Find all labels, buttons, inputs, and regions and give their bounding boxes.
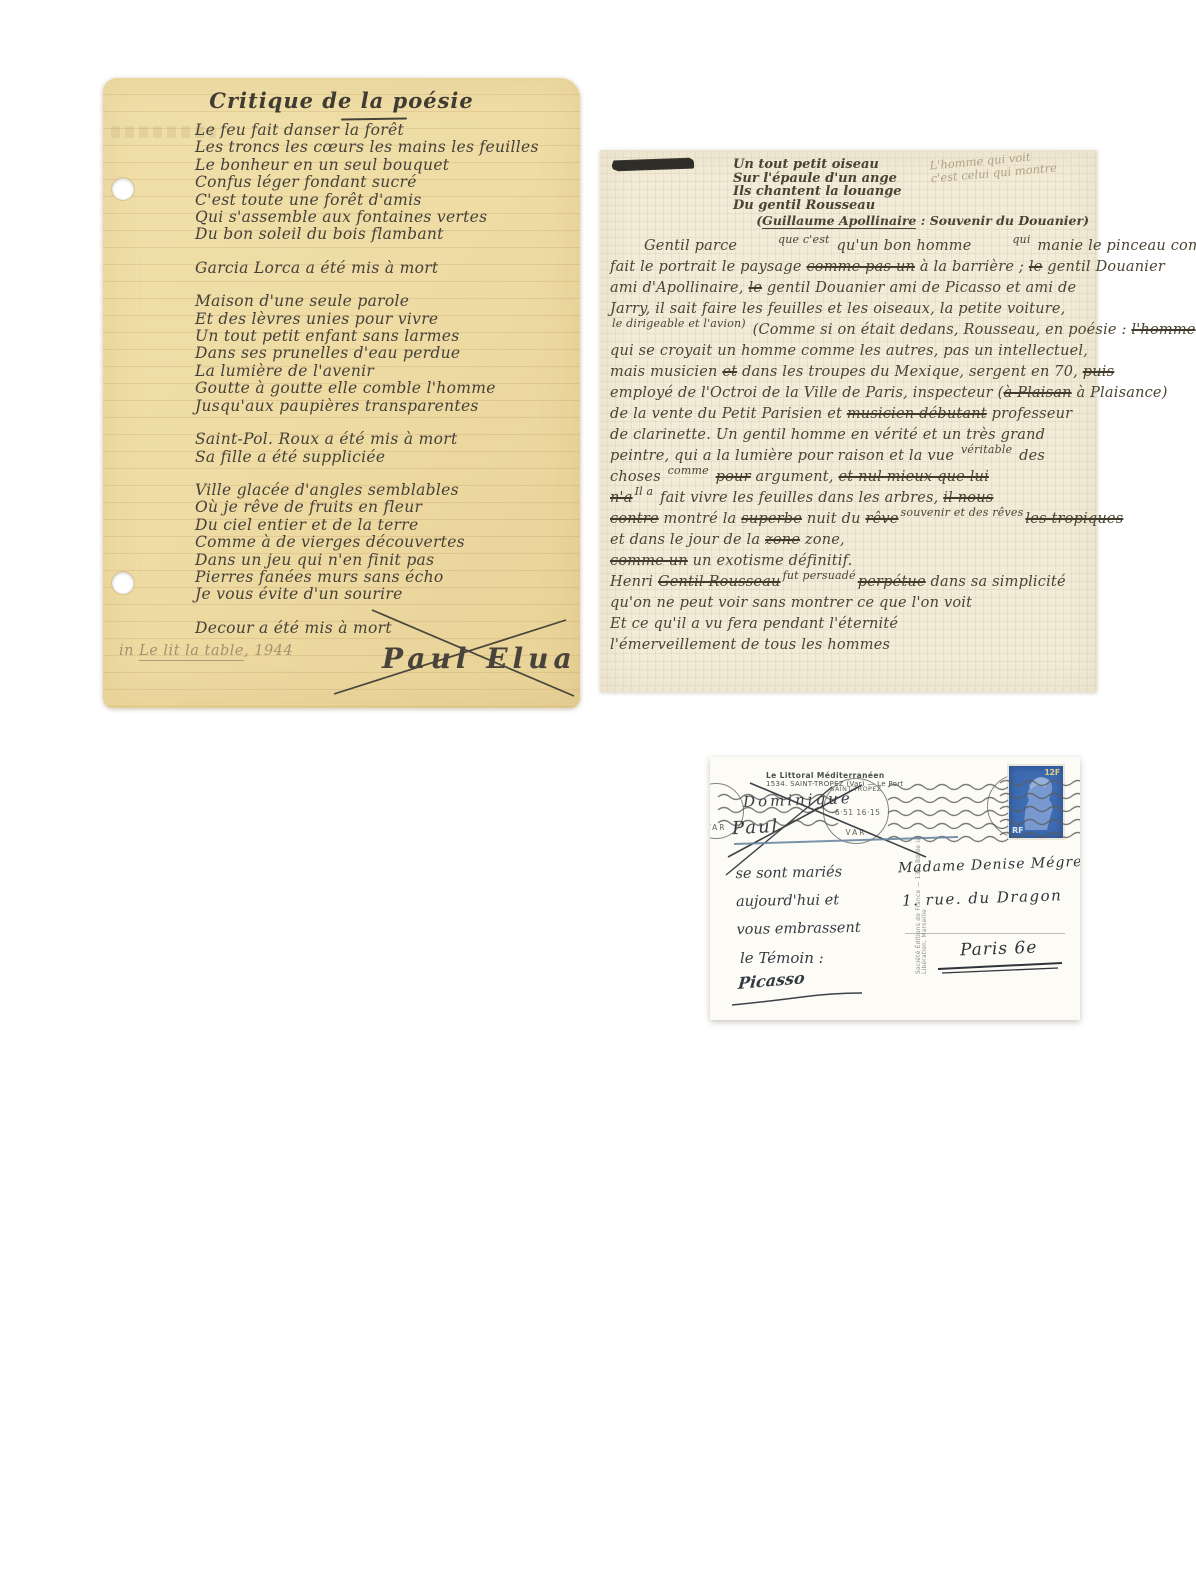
text-segment: dans les troupes du Mexique, sergent en … [737,364,1083,380]
struck-text-segment: comme un [610,553,688,569]
text-segment: argument, [751,469,839,485]
poem-line: Le bonheur en un seul bouquet [195,157,539,174]
text-segment: ami d'Apollinaire, [610,280,748,296]
struck-text-segment: à Plaisan [1003,385,1071,401]
poem-stanza: Garcia Lorca a été mis à mort [195,260,539,277]
poem-line: Garcia Lorca a été mis à mort [195,260,539,277]
poem-line: Les troncs les cœurs les mains les feuil… [195,139,539,156]
struck-text-segment: les tropiques [1025,511,1123,527]
poem-line: Un tout petit enfant sans larmes [195,328,539,345]
text-segment: Et ce qu'il a vu fera pendant l'éternité [610,616,898,632]
manuscript-line: Et ce qu'il a vu fera pendant l'éternité [610,614,1092,635]
manuscript-line: qui se croyait un homme comme les autres… [610,341,1092,362]
struck-text-segment: le [748,280,762,296]
text-segment: nuit du [802,511,865,527]
struck-text-segment: comme pas un [806,259,915,275]
rousseau-body-text: Gentil parce que c'est qu'un bon homme q… [610,236,1092,656]
struck-text-segment: pour [716,469,751,485]
struck-text-segment: Gentil Rousseau [658,574,781,590]
text-segment: zone, [800,532,845,548]
inserted-text-segment: comme [668,460,709,481]
struck-text-segment: l'homme [1131,322,1195,338]
inserted-text-segment: qui [978,229,1030,250]
manuscript-line: le dirigeable et l'avion) (Comme si on é… [610,320,1092,341]
struck-text-segment: n'a [610,490,633,506]
poem-line: Qui s'assemble aux fontaines vertes [195,209,539,226]
text-segment: mais musicien [610,364,722,380]
text-segment: Gentil parce [644,238,742,254]
text-segment: gentil Douanier ami de Picasso et ami de [762,280,1076,296]
manuscript-line: de clarinette. Un gentil homme en vérité… [610,425,1092,446]
struck-text-segment: puis [1083,364,1115,380]
poem-line: Pierres fanées murs sans écho [195,569,539,586]
inserted-text-segment: Il a [635,481,654,502]
rousseau-manuscript-page: Un tout petit oiseauSur l'épaule d'un an… [600,150,1097,692]
note-underlined-title: Le lit la table [139,643,244,661]
text-segment: Henri [610,574,658,590]
manuscript-line: choses comme pour argument, et nul mieux… [610,467,1092,488]
manuscript-line: de la vente du Petit Parisien et musicie… [610,404,1092,425]
poem-line: Ville glacée d'angles semblables [195,482,539,499]
epigraph-line: Un tout petit oiseau [733,158,902,172]
struck-text-segment: perpétue [858,574,926,590]
poem-line: Le feu fait danser la forêt [195,122,539,139]
text-segment: et dans le jour de la [610,532,765,548]
epigraph-line: Sur l'épaule d'un ange [733,172,902,186]
poem-line: Du ciel entier et de la terre [195,517,539,534]
poem-line: Du bon soleil du bois flambant [195,226,539,243]
poem-manuscript-page: Critique de la poésie Le feu fait danser… [103,78,580,708]
text-segment: professeur [987,406,1072,422]
eluard-signature: Paul Eluard [328,598,578,703]
struck-text-segment: zone [765,532,800,548]
poem-line: C'est toute une forêt d'amis [195,192,539,209]
text-segment: peintre, qui a la lumière pour raison et… [610,448,959,464]
text-segment: qu'on ne peut voir sans montrer ce que l… [610,595,972,611]
poem-line: Saint-Pol. Roux a été mis à mort [195,431,539,448]
poem-stanza: Le feu fait danser la forêtLes troncs le… [195,122,539,244]
postcard-back: Le Littoral Méditerranéen 1534. SAINT-TR… [710,757,1080,1020]
text-segment: à Plaisance) [1072,385,1168,401]
poem-line: Où je rêve de fruits en fleur [195,499,539,516]
manuscript-line: Henri Gentil Rousseaufut persuadéperpétu… [610,572,1092,593]
note-suffix: , 1944 [244,643,293,659]
manuscript-line: contre montré la superbe nuit du rêvesou… [610,509,1092,530]
epigraph-line: Ils chantent la louange [733,185,902,199]
attribution-rest: : Souvenir du Douanier) [916,213,1089,228]
struck-text-segment: contre [610,511,659,527]
poem-line: Sa fille a été suppliciée [195,449,539,466]
attribution-author: Guillaume Apollinaire [762,213,916,229]
text-segment: fait le portrait le paysage [610,259,806,275]
epigraph-line: Du gentil Rousseau [733,199,902,213]
poem-stanza: Saint-Pol. Roux a été mis à mortSa fille… [195,431,539,466]
inserted-text-segment: véritable [961,439,1012,460]
poem-line: Et des lèvres unies pour vivre [195,311,539,328]
signature-text: Paul Eluard [381,642,578,675]
epigraph-attribution: (Guillaume Apollinaire : Souvenir du Dou… [756,213,1089,228]
poem-line: Dans ses prunelles d'eau perdue [195,345,539,362]
struck-text-segment: et nul mieux que lui [838,469,988,485]
text-segment: dans sa simplicité [926,574,1066,590]
text-segment: qu'un bon homme [832,238,977,254]
inserted-text-segment: fut persuadé [783,565,856,586]
text-segment: l'émerveillement de tous les hommes [610,637,890,653]
punch-hole-top [112,178,134,200]
manuscript-line: mais musicien et dans les troupes du Mex… [610,362,1092,383]
text-segment: des [1014,448,1045,464]
poem-title: Critique de la poésie [103,88,580,113]
poem-line: Confus léger fondant sucré [195,174,539,191]
poem-line: Comme à de vierges découvertes [195,534,539,551]
poem-stanza: Maison d'une seule paroleEt des lèvres u… [195,293,539,415]
poem-stanza: Ville glacée d'angles semblablesOù je rê… [195,482,539,604]
apollinaire-epigraph: Un tout petit oiseauSur l'épaule d'un an… [733,158,902,212]
punch-hole-bottom [112,572,134,594]
struck-text-segment: musicien débutant [847,406,987,422]
inserted-text-segment: le dirigeable et l'avion) [612,313,746,334]
text-segment: employé de l'Octroi de la Ville de Paris… [610,385,1003,401]
manuscript-line: fait le portrait le paysage comme pas un… [610,257,1092,278]
poem-line: La lumière de l'avenir [195,363,539,380]
struck-text-segment: superbe [741,511,802,527]
inserted-text-segment: souvenir et des rêves [901,502,1024,523]
manuscript-line: Gentil parce que c'est qu'un bon homme q… [610,236,1092,257]
manuscript-line: qu'on ne peut voir sans montrer ce que l… [610,593,1092,614]
poem-line: Jusqu'aux paupières transparentes [195,398,539,415]
manuscript-line: ami d'Apollinaire, le gentil Douanier am… [610,278,1092,299]
struck-text-segment: le [1029,259,1043,275]
struck-text-segment: rêve [865,511,898,527]
poem-stanzas: Le feu fait danser la forêtLes troncs le… [195,122,539,637]
poem-line: Dans un jeu qui n'en finit pas [195,552,539,569]
text-segment: gentil Douanier [1042,259,1165,275]
catalog-scan-page: { "poem_manuscript": { "paper_color": "#… [0,0,1196,1595]
struck-text-segment: et [722,364,737,380]
inserted-text-segment: que c'est [744,229,830,250]
manuscript-line: employé de l'Octroi de la Ville de Paris… [610,383,1092,404]
text-segment: manie le pinceau comme pas un, [1033,238,1196,254]
poem-line: Maison d'une seule parole [195,293,539,310]
text-segment: à la barrière ; [915,259,1029,275]
text-segment: de la vente du Petit Parisien et [610,406,847,422]
city-underline-icon [710,757,1080,1020]
text-segment: qui se croyait un homme comme les autres… [610,343,1088,359]
poem-line: Goutte à goutte elle comble l'homme [195,380,539,397]
manuscript-line: et dans le jour de la zone zone, [610,530,1092,551]
manuscript-line: l'émerveillement de tous les hommes [610,635,1092,656]
pencil-reference-note: in Le lit la table, 1944 [119,643,293,659]
note-prefix: in [119,643,139,659]
text-segment: (Comme si on était dedans, Rousseau, en … [748,322,1132,338]
text-segment: montré la [659,511,741,527]
